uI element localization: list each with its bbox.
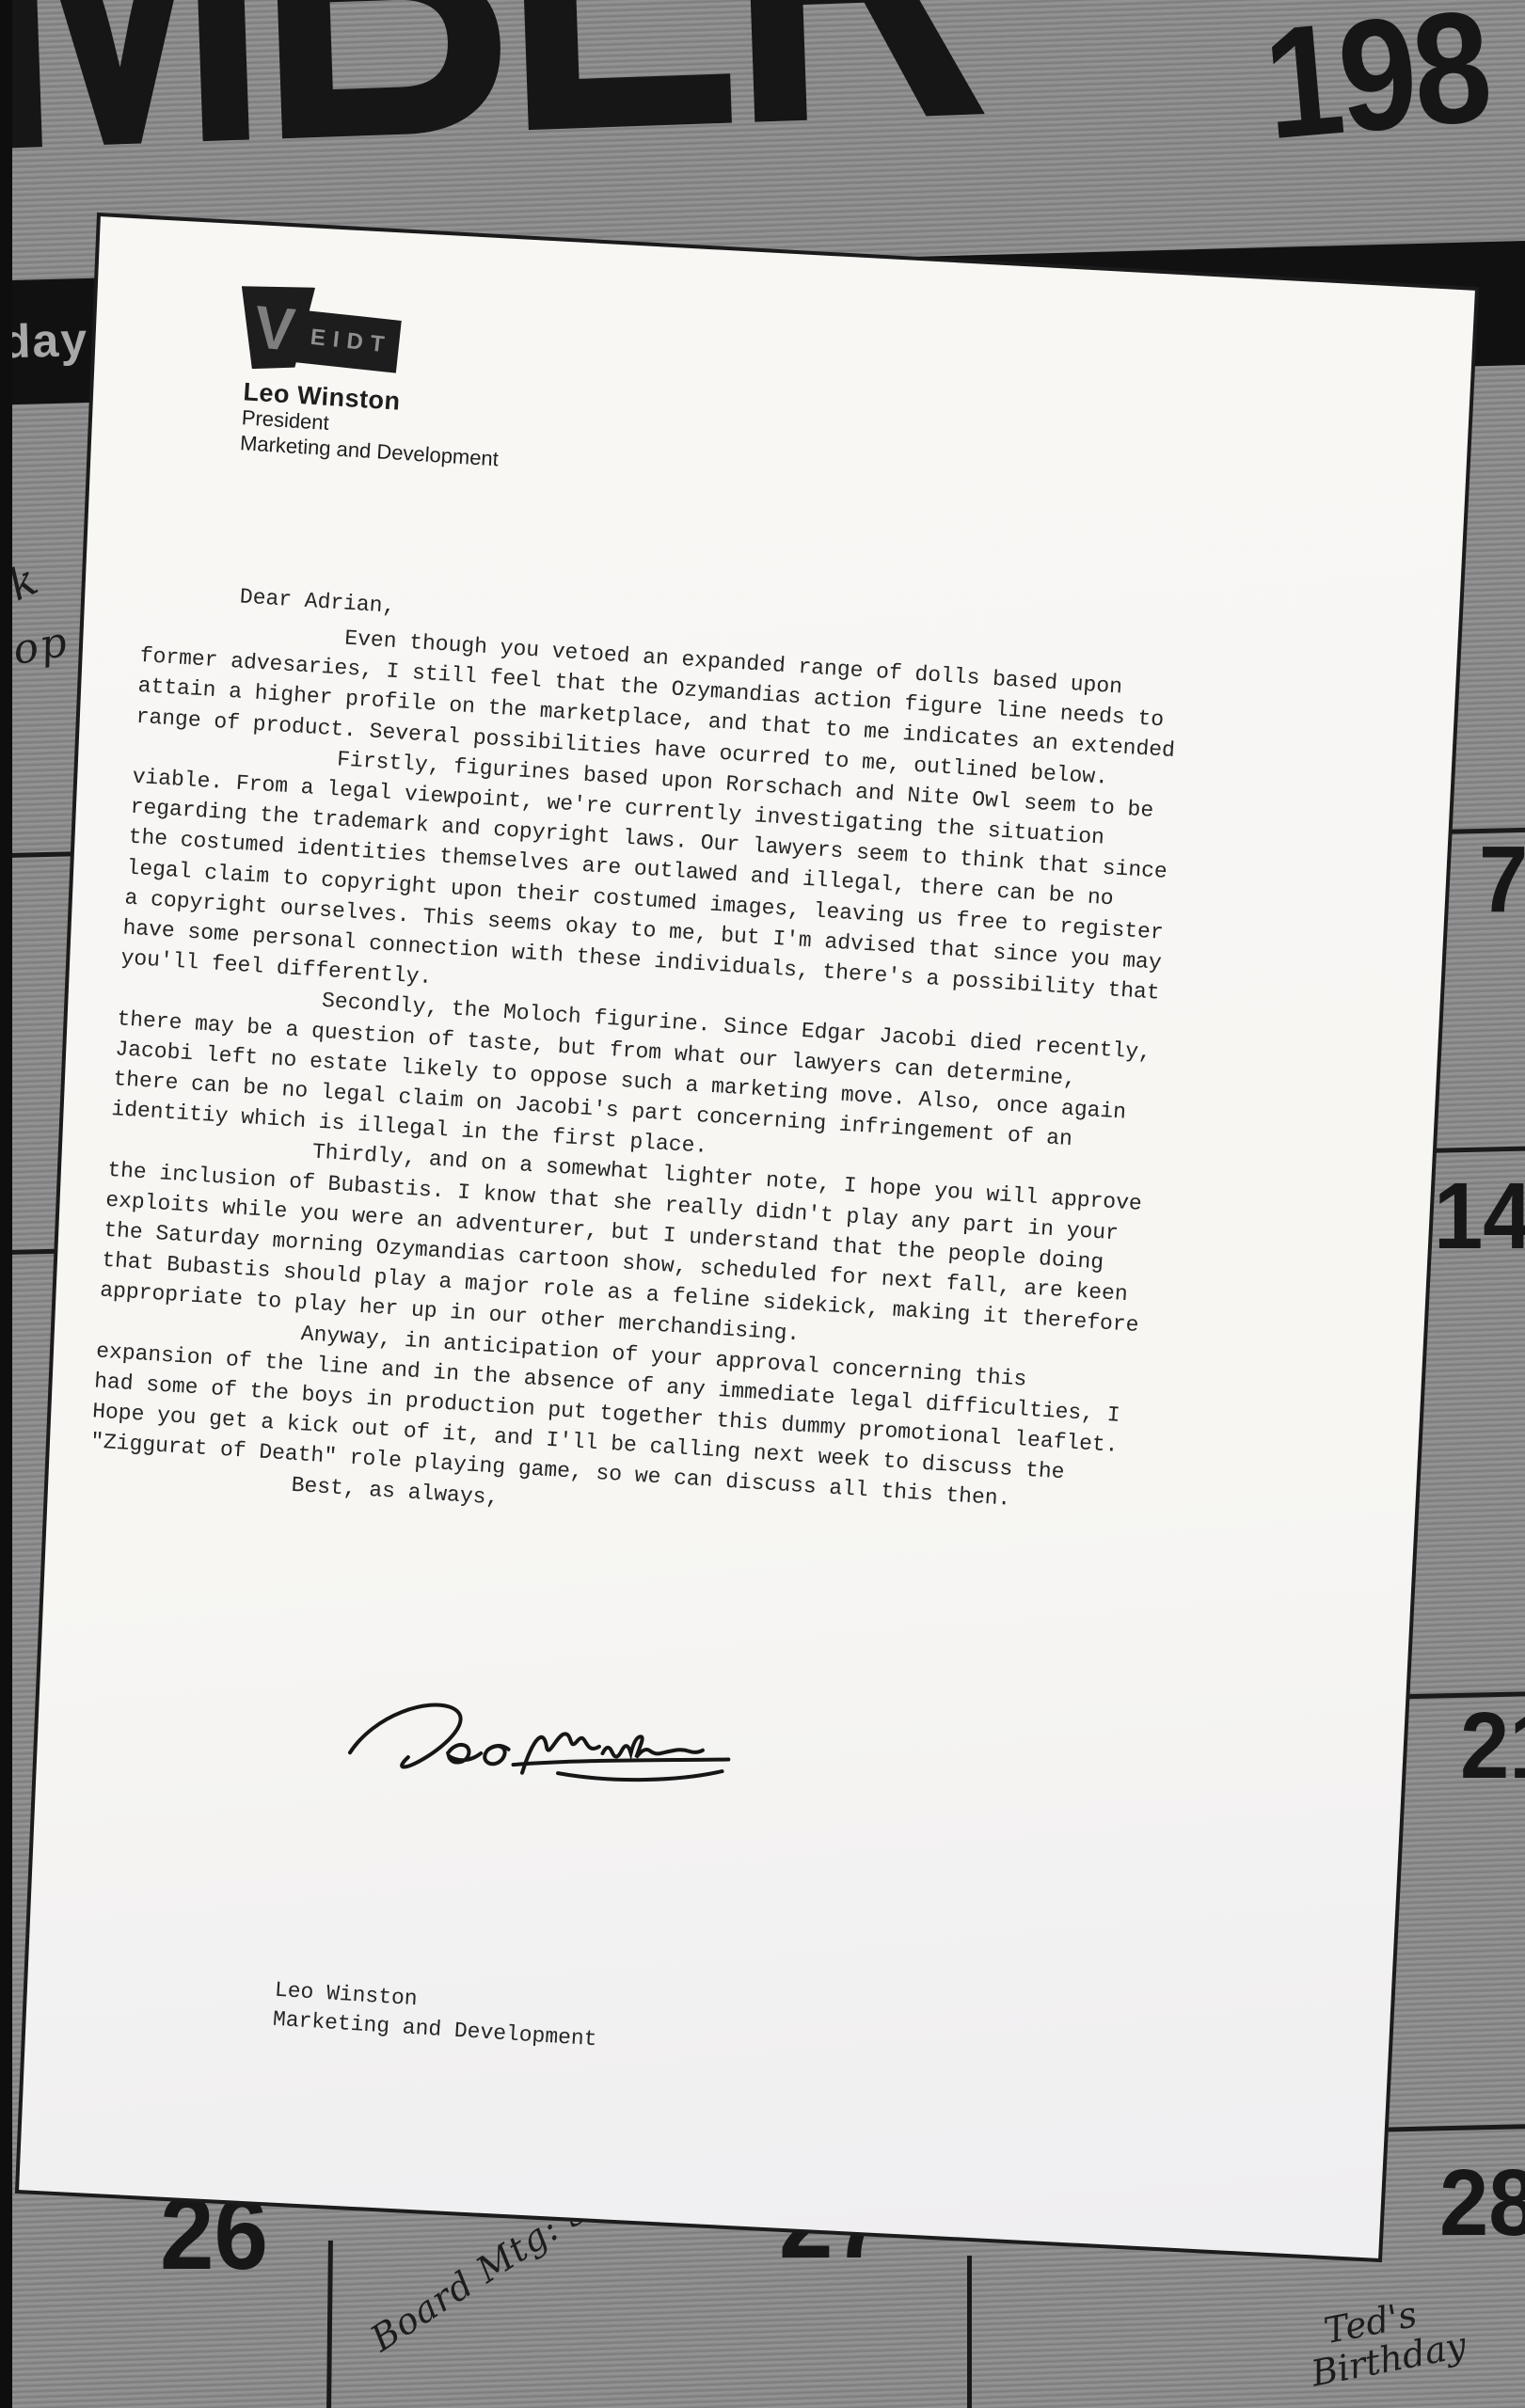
letter-body: Even though you vetoed an expanded range…: [87, 610, 1186, 1553]
calendar-day-14: 14: [1434, 1169, 1525, 1263]
letter-paper: EIDT V Leo Winston President Marketing a…: [0, 0, 1525, 2408]
comic-page-photo: MBER 198 day 7 14 21 28 26 27 Board Mtg:…: [0, 0, 1525, 2408]
salutation: Dear Adrian,: [239, 584, 396, 618]
photo-edge: [0, 0, 12, 2408]
letter-content: EIDT V Leo Winston President Marketing a…: [17, 188, 1455, 2242]
calendar-year: 198: [1259, 0, 1494, 163]
grid-line: [326, 2241, 333, 2408]
veidt-logo-text: EIDT: [304, 324, 393, 359]
calendar-month-title: MBER: [0, 0, 979, 218]
calendar-day-7: 7: [1479, 832, 1525, 927]
veidt-logo-box: EIDT: [294, 309, 401, 372]
calendar-day-28: 28: [1439, 2156, 1525, 2250]
signature: [331, 1678, 743, 1830]
grid-line: [967, 2256, 972, 2408]
weekday-label: day: [1, 312, 89, 369]
handwritten-note-teds-birthday: Ted's Birthday: [1321, 2286, 1469, 2389]
calendar-day-21: 21: [1460, 1699, 1525, 1793]
typed-signature-block: Leo Winston Marketing and Development: [272, 1976, 599, 2055]
letterhead-sender-block: Leo Winston President Marketing and Deve…: [239, 379, 502, 471]
